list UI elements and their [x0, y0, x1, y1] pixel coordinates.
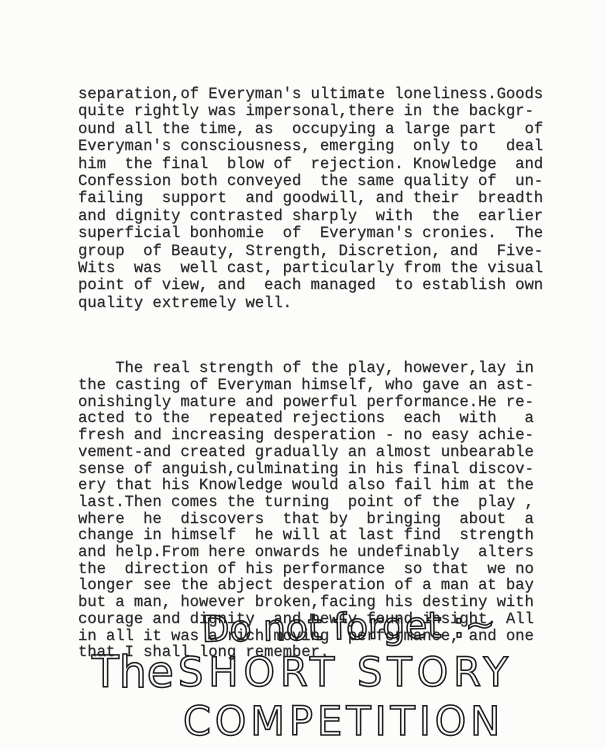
handwritten-do-not-forget: Do not forget :~ [201, 604, 495, 650]
handwritten-announcement: Do not forget :~ The SHORT STORY COMPETI… [0, 0, 606, 750]
scanned-document-page: separation,of Everyman's ultimate loneli… [0, 0, 606, 750]
handwritten-competition: COMPETITION [183, 699, 504, 745]
handwritten-short-story: SHORT STORY [178, 650, 513, 696]
handwritten-the: The [91, 647, 174, 698]
